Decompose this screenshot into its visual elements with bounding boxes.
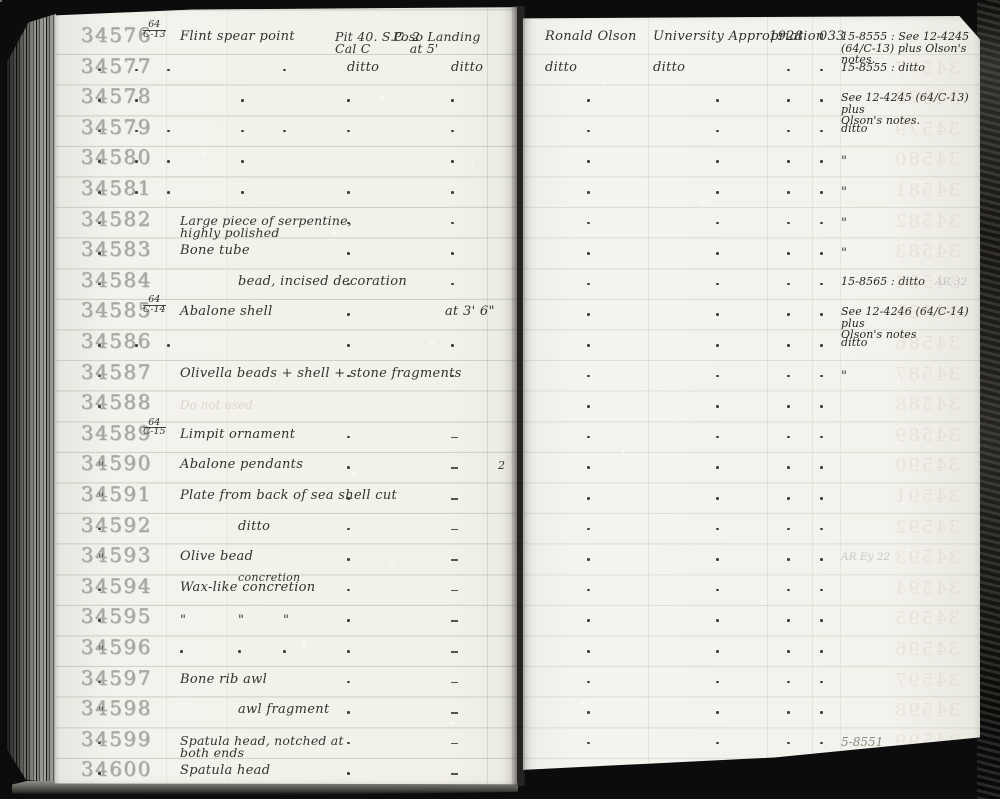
ditto-mark [820, 160, 823, 163]
ditto-mark [167, 69, 170, 72]
ditto-mark [716, 466, 719, 469]
ditto-quote-mark: " [98, 460, 104, 475]
ditto-mark [347, 558, 350, 561]
ditto-mark [820, 130, 823, 133]
ditto-quote-mark: " [283, 613, 289, 628]
ditto-mark [787, 558, 790, 561]
ditto-mark [820, 466, 823, 469]
ditto-mark [98, 405, 101, 408]
catalog-number: 34588 [81, 390, 152, 414]
ditto-mark [820, 99, 823, 102]
ditto-mark [98, 589, 101, 592]
ditto-mark [716, 99, 719, 102]
ditto-mark [820, 619, 823, 622]
ditto-mark [347, 681, 350, 684]
bleedthrough-numeral: 34598 [893, 700, 960, 721]
ditto-mark [820, 252, 823, 255]
ditto-mark [820, 497, 823, 500]
dash-mark [451, 498, 458, 500]
ditto-mark [820, 711, 823, 714]
bleedthrough-numeral: 34590 [893, 455, 960, 476]
ditto-mark [98, 99, 101, 102]
handwritten-entry: ditto [238, 521, 270, 533]
bleedthrough-numeral: 34582 [893, 211, 960, 232]
ditto-mark [451, 160, 454, 163]
site-code: 64C-13 [143, 21, 166, 39]
ditto-mark [716, 375, 719, 378]
bleedthrough-numeral: 34592 [893, 517, 960, 538]
ditto-mark [587, 436, 590, 439]
handwritten-entry: Olive bead [180, 551, 253, 563]
ditto-mark [98, 252, 101, 255]
ditto-mark [787, 681, 790, 684]
catalog-number: 34580 [81, 145, 152, 169]
bleedthrough-numeral: 34593 [893, 547, 960, 568]
ditto-quote-mark: " [841, 369, 847, 384]
ditto-mark [98, 191, 101, 194]
ditto-mark [820, 681, 823, 684]
ditto-quote-mark: " [238, 613, 244, 628]
ditto-quote-mark: " [841, 154, 847, 169]
ditto-mark [347, 313, 350, 316]
ditto-mark [820, 375, 823, 378]
ledger-rows-right: Ronald OlsonUniversity Appropriation1928… [523, 16, 980, 790]
ditto-mark [820, 405, 823, 408]
ditto-mark [716, 222, 719, 225]
ditto-mark [787, 742, 790, 745]
ditto-mark [347, 99, 350, 102]
ditto-mark [716, 160, 719, 163]
ditto-mark [787, 283, 790, 286]
bleedthrough-numeral: 34599 [893, 731, 960, 752]
ditto-mark [787, 191, 790, 194]
ditto-mark [787, 589, 790, 592]
ditto-mark [787, 252, 790, 255]
ditto-mark [587, 313, 590, 316]
handwritten-entry: Ronald Olson [545, 31, 637, 43]
ditto-quote-mark: " [180, 613, 186, 628]
ditto-mark [180, 650, 183, 653]
ditto-quote-mark: " [98, 644, 104, 659]
paper-speckles [0, 0, 2, 2]
ditto-mark [716, 497, 719, 500]
ditto-mark [787, 772, 790, 775]
dash-mark [451, 682, 458, 684]
pencil-annotation: AR Ey 22 [841, 551, 890, 563]
bleedthrough-numeral: 34581 [893, 180, 960, 201]
catalog-number: 34593 [81, 543, 152, 567]
ditto-mark [347, 528, 350, 531]
ditto-mark [451, 222, 454, 225]
ditto-mark [787, 405, 790, 408]
ditto-mark [347, 589, 350, 592]
handwritten-entry: Olivella beads + shell + stone fragments [180, 368, 462, 380]
ditto-mark [820, 222, 823, 225]
ditto-mark [820, 69, 823, 72]
bleedthrough-numeral: 34584 [893, 272, 960, 293]
ditto-mark [787, 528, 790, 531]
ditto-mark [98, 742, 101, 745]
ditto-mark [587, 344, 590, 347]
ditto-mark [787, 436, 790, 439]
ditto-mark [716, 344, 719, 347]
handwritten-entry: Abalone pendants [180, 459, 303, 471]
ditto-mark [347, 375, 350, 378]
catalog-number: 34598 [81, 696, 152, 720]
ditto-mark [787, 69, 790, 72]
ditto-mark [347, 742, 350, 745]
ditto-mark [716, 252, 719, 255]
bleedthrough-numeral: 34577 [893, 58, 960, 79]
dash-mark [451, 467, 458, 469]
ditto-mark [167, 160, 170, 163]
faint-reference: 5-8551 [841, 735, 883, 749]
ditto-mark [787, 619, 790, 622]
bleedthrough-numeral: 34583 [893, 241, 960, 262]
handwritten-entry: ditto [653, 62, 685, 74]
ditto-mark [98, 619, 101, 622]
catalog-number: 34599 [81, 727, 152, 751]
handwritten-entry: Spatula head [180, 765, 270, 777]
ditto-mark [241, 99, 244, 102]
ditto-mark [283, 130, 286, 133]
bleedthrough-numeral: 34594 [893, 578, 960, 599]
ditto-mark [135, 344, 138, 347]
catalog-number: 34581 [81, 176, 152, 200]
ditto-mark [787, 497, 790, 500]
ditto-mark [787, 650, 790, 653]
handwritten-entry: ditto [451, 62, 483, 74]
catalog-number: 34583 [81, 237, 152, 261]
ditto-mark [135, 160, 138, 163]
ditto-mark [716, 650, 719, 653]
ditto-mark [587, 130, 590, 133]
dash-mark [451, 620, 458, 622]
ditto-mark [787, 99, 790, 102]
dash-mark [451, 559, 458, 561]
bleedthrough-numeral: 34587 [893, 364, 960, 385]
dash-mark [451, 529, 458, 531]
ditto-mark [787, 466, 790, 469]
bleedthrough-numeral: 34588 [893, 394, 960, 415]
catalog-number: 34584 [81, 268, 152, 292]
ditto-mark [820, 191, 823, 194]
ditto-mark [451, 130, 454, 133]
ditto-mark [587, 99, 590, 102]
handwritten-entry: ditto [347, 62, 379, 74]
ditto-mark [787, 160, 790, 163]
dash-mark [451, 590, 458, 592]
ditto-mark [135, 130, 138, 133]
ditto-mark [283, 650, 286, 653]
ditto-mark [716, 283, 719, 286]
ditto-mark [347, 344, 350, 347]
bleedthrough-numeral: 34591 [893, 486, 960, 507]
ditto-mark [820, 650, 823, 653]
ditto-mark [716, 589, 719, 592]
correction-text: concretion [238, 572, 300, 584]
ditto-mark [347, 130, 350, 133]
site-code: 64C-15 [143, 419, 166, 437]
ditto-mark [716, 130, 719, 133]
handwritten-entry: Poso Landing at 5' [393, 31, 481, 55]
ditto-mark [820, 589, 823, 592]
bleedthrough-numeral: 34600 [893, 761, 960, 782]
ledger-rows-left: 3457664C-13Flint spear pointPit 40. S.C.… [55, 6, 517, 785]
ditto-mark [787, 130, 790, 133]
ditto-mark [587, 772, 590, 775]
bleedthrough-numeral: 34580 [893, 149, 960, 170]
catalog-number: 34578 [81, 84, 152, 108]
ditto-mark [587, 466, 590, 469]
dash-mark [451, 743, 458, 745]
ditto-mark [451, 283, 454, 286]
ditto-mark [98, 222, 101, 225]
handwritten-entry: Bone tube [180, 245, 250, 257]
bleedthrough-numeral: 34596 [893, 639, 960, 660]
ditto-mark [787, 222, 790, 225]
bleedthrough-numeral: 34585 [893, 302, 960, 323]
ditto-mark [98, 69, 101, 72]
handwritten-entry: Spatula head, notched at both ends [180, 735, 344, 759]
catalog-number: 34586 [81, 329, 152, 353]
ditto-mark [347, 772, 350, 775]
ditto-mark [98, 344, 101, 347]
handwritten-entry: bead, incised decoration [238, 276, 407, 288]
handwritten-entry: ditto [545, 62, 577, 74]
handwritten-entry: Abalone shell [180, 306, 273, 318]
ditto-mark [787, 711, 790, 714]
ditto-mark [820, 283, 823, 286]
ditto-mark [98, 130, 101, 133]
ditto-mark [716, 711, 719, 714]
ditto-mark [98, 528, 101, 531]
ditto-mark [241, 160, 244, 163]
erased-entry: Do not used [180, 398, 253, 412]
ditto-mark [820, 558, 823, 561]
ditto-mark [451, 191, 454, 194]
dash-mark [451, 437, 458, 439]
ditto-mark [98, 681, 101, 684]
ditto-mark [587, 222, 590, 225]
ditto-mark [716, 313, 719, 316]
catalog-number: 34582 [81, 207, 152, 231]
ditto-mark [587, 191, 590, 194]
ditto-quote-mark: " [841, 246, 847, 261]
ditto-mark [587, 375, 590, 378]
ditto-mark [587, 589, 590, 592]
bleedthrough-numeral: 34597 [893, 670, 960, 691]
ditto-mark [820, 344, 823, 347]
catalog-number: 34590 [81, 451, 152, 475]
ditto-mark [587, 252, 590, 255]
ledger-spread-photo: 3457664C-13Flint spear pointPit 40. S.C.… [0, 0, 1000, 799]
handwritten-note: ditto [841, 123, 868, 135]
dash-mark [451, 712, 458, 714]
bleedthrough-numeral: 34586 [893, 333, 960, 354]
ditto-mark [587, 497, 590, 500]
ditto-mark [98, 160, 101, 163]
ditto-mark [587, 619, 590, 622]
book-right-edge [977, 0, 1000, 799]
ditto-mark [241, 191, 244, 194]
ditto-mark [451, 375, 454, 378]
ditto-mark [787, 375, 790, 378]
ditto-mark [135, 99, 138, 102]
ditto-mark [347, 191, 350, 194]
ditto-mark [787, 313, 790, 316]
ditto-mark [587, 711, 590, 714]
ditto-mark [587, 650, 590, 653]
ditto-mark [587, 405, 590, 408]
ditto-mark [716, 191, 719, 194]
ditto-mark [716, 436, 719, 439]
ditto-mark [238, 650, 241, 653]
ditto-quote-mark: " [98, 491, 104, 506]
ditto-mark [787, 344, 790, 347]
bleedthrough-numeral: 34595 [893, 608, 960, 629]
ditto-mark [347, 619, 350, 622]
catalog-number: 34600 [81, 757, 152, 781]
ditto-mark [587, 558, 590, 561]
ditto-mark [347, 222, 350, 225]
ditto-mark [98, 283, 101, 286]
site-code: 64C-14 [143, 296, 166, 314]
handwritten-entry: Limpit ornament [180, 429, 295, 441]
ditto-mark [347, 252, 350, 255]
ditto-mark [451, 252, 454, 255]
catalog-number: 34587 [81, 360, 152, 384]
ditto-mark [283, 69, 286, 72]
ditto-mark [716, 405, 719, 408]
catalog-number: 34577 [81, 54, 152, 78]
handwritten-entry: Wax-like concretionconcretion [180, 582, 315, 594]
book-page-edges [6, 10, 56, 786]
ditto-mark [135, 69, 138, 72]
ditto-mark [820, 436, 823, 439]
ditto-mark [167, 191, 170, 194]
ditto-mark [98, 375, 101, 378]
catalog-number: 34585 [81, 298, 152, 322]
handwritten-entry: Large piece of serpentine, highly polish… [180, 215, 352, 239]
handwritten-entry: Flint spear point [180, 31, 295, 43]
bleedthrough-numeral: 34578 [893, 88, 960, 109]
handwritten-entry: Bone rib awl [180, 674, 267, 686]
ditto-mark [98, 772, 101, 775]
ditto-quote-mark: " [98, 552, 104, 567]
ditto-mark [347, 650, 350, 653]
handwritten-entry: awl fragment [238, 704, 329, 716]
ditto-mark [587, 528, 590, 531]
ditto-mark [167, 344, 170, 347]
ditto-quote-mark: " [841, 185, 847, 200]
catalog-number: 34592 [81, 513, 152, 537]
ditto-mark [587, 681, 590, 684]
ditto-mark [716, 772, 719, 775]
ditto-mark [716, 619, 719, 622]
handwritten-entry: 1928 [769, 31, 803, 43]
catalog-number: 34591 [81, 482, 152, 506]
ditto-mark [587, 283, 590, 286]
catalog-number: 34595 [81, 604, 152, 628]
bleedthrough-numeral: 34579 [893, 119, 960, 140]
catalog-number: 34596 [81, 635, 152, 659]
ditto-mark [716, 528, 719, 531]
handwritten-entry: at 3' 6" [445, 306, 495, 318]
ditto-quote-mark: " [841, 216, 847, 231]
dash-mark [451, 651, 458, 653]
ditto-mark [135, 191, 138, 194]
ditto-mark [347, 466, 350, 469]
count-value: 2 [498, 459, 505, 472]
handwritten-entry: Plate from back of sea shell cut [180, 490, 397, 502]
catalog-number: 34594 [81, 574, 152, 598]
ditto-mark [820, 742, 823, 745]
handwritten-note: ditto [841, 337, 868, 349]
ditto-mark [820, 313, 823, 316]
ditto-mark [820, 528, 823, 531]
ditto-mark [716, 681, 719, 684]
ditto-quote-mark: " [98, 705, 104, 720]
ditto-mark [587, 742, 590, 745]
catalog-number: 34597 [81, 666, 152, 690]
catalog-number: 34589 [81, 421, 152, 445]
ditto-mark [347, 711, 350, 714]
catalog-number: 34576 [81, 23, 152, 47]
ditto-mark [347, 283, 350, 286]
ditto-mark [587, 160, 590, 163]
ditto-mark [820, 772, 823, 775]
ditto-mark [347, 436, 350, 439]
bleedthrough-numeral: 34589 [893, 425, 960, 446]
ditto-mark [716, 558, 719, 561]
ditto-mark [241, 130, 244, 133]
dash-mark [451, 773, 458, 775]
ditto-mark [451, 344, 454, 347]
catalog-number: 34579 [81, 115, 152, 139]
ditto-mark [167, 130, 170, 133]
ditto-mark [451, 99, 454, 102]
ditto-mark [716, 742, 719, 745]
ditto-mark [347, 497, 350, 500]
